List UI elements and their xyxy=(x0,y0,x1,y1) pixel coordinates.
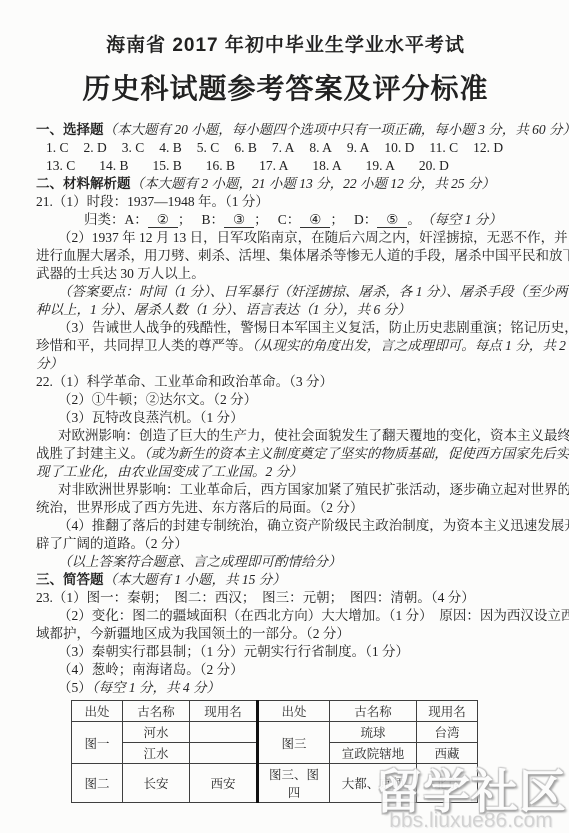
choice-answer: 5. C xyxy=(197,139,220,157)
classify-blank-d: ⑤ xyxy=(377,212,407,228)
choice-answer: 2. D xyxy=(84,139,107,157)
cell-fig3: 图三 xyxy=(258,722,330,764)
table-row: 图二 长安 西安 图三、图四 大都、京师 北京 xyxy=(72,764,478,803)
q21-answer-2-line-2: 进行血腥大屠杀，用刀劈、刺杀、活埋、集体屠杀等惨无人道的手段，屠杀中国平民和放下 xyxy=(36,247,535,265)
classify-sep: ； B： xyxy=(178,212,224,227)
classify-blank-b: ③ xyxy=(224,212,254,228)
q21-answer-2-line-1: （2）1937 年 12 月 13 日，日军攻陷南京，在随后六周之内，奸淫掳掠，… xyxy=(36,229,535,247)
watermark-site-url: bbs.liuxue86.com xyxy=(375,811,567,831)
choice-answer: 18. A xyxy=(312,157,341,175)
q21-classify-line: 归类：A：②； B：③； C：④； D：⑤。 （每空 1 分） xyxy=(36,211,535,229)
q22-answer-1: 22.（1）科学革命、工业革命和政治革命。（3 分） xyxy=(36,373,535,391)
q22-europe-impact-line-1: 对欧洲影响：创造了巨大的生产力，使社会面貌发生了翻天覆地的变化，资本主义最终 xyxy=(36,427,535,445)
q22-answer-2: （2）①牛顿；②达尔文。（2 分） xyxy=(36,391,535,409)
q21-answer-3-line-2: 珍惜和平，共同捍卫人类的尊严等。（从现实的角度出发，言之成理即可。每点 1 分，… xyxy=(36,337,535,355)
choice-answer: 14. B xyxy=(99,157,128,175)
q22-noneurope-impact-line-2: 统治，世界形成了西方先进、东方落后的局面。（2 分） xyxy=(36,499,535,517)
q22-answer-4-line-1: （4）推翻了落后的封建专制统治，确立资产阶级民主政治制度，为资本主义迅速发展开 xyxy=(36,517,535,535)
cell-xuanzheng-new: 西藏 xyxy=(417,743,478,764)
section-1-label: 一、选择题 xyxy=(36,122,104,137)
choice-answer: 8. A xyxy=(309,139,332,157)
place-names-table: 出处 古名称 现用名 出处 古名称 现用名 图一 河水 图三 琉球 台湾 江水 … xyxy=(71,700,478,803)
classify-score-note: （每空 1 分） xyxy=(428,212,502,227)
choice-answers-row-1: 1. C 2. D 3. C 4. B 5. C 6. B 7. A 8. A … xyxy=(36,139,535,157)
cell-fig2: 图二 xyxy=(72,764,123,803)
header-old-name-left: 古名称 xyxy=(123,701,190,722)
cell-changan: 长安 xyxy=(123,764,190,803)
cell-dadu-new: 北京 xyxy=(417,764,478,803)
exam-title: 海南省 2017 年初中毕业生学业水平考试 xyxy=(36,30,535,57)
choice-answer: 10. D xyxy=(384,139,414,157)
choice-answers-row-2: 13. C 14. B 15. B 16. B 17. A 18. A 19. … xyxy=(36,157,535,175)
section-2-heading: 二、材料解析题（本大题有 2 小题，21 小题 13 分，22 小题 12 分，… xyxy=(36,175,535,193)
q23-answer-2-line-1: （2）变化：图二的疆域面积（在西北方向）大大增加。（1 分） 原因：因为西汉设立… xyxy=(36,607,535,625)
q21-answer-3-text: 珍惜和平，共同捍卫人类的尊严等。 xyxy=(36,338,252,353)
q23-answer-3: （3）秦朝实行郡县制；（1 分）元朝实行行省制度。（1 分） xyxy=(36,643,535,661)
q23-answer-2-line-2: 域都护，今新疆地区成为我国领土的一部分。（2 分） xyxy=(36,625,535,643)
q21-answer-3-note: （从现实的角度出发，言之成理即可。每点 1 分，共 2 xyxy=(252,338,566,353)
q22-europe-impact-line-3: 现了工业化，由农业国变成了工业国。2 分） xyxy=(36,463,535,481)
q23-answer-1: 23.（1）图一：秦朝； 图二：西汉； 图三：元朝； 图四：清朝。（4 分） xyxy=(36,589,535,607)
header-new-name-right: 现用名 xyxy=(417,701,478,722)
q22-grading-note: （以上答案符合题意、言之成理即可酌情给分） xyxy=(36,553,535,571)
q22-europe-impact-line-2: 战胜了封建主义。（或为新生的资本主义制度奠定了坚实的物质基础，促使西方国家先后实 xyxy=(36,445,535,463)
q21-answer-3-line-3: 分） xyxy=(36,355,535,373)
q22-europe-impact-note: （或为新生的资本主义制度奠定了坚实的物质基础，促使西方国家先后实 xyxy=(144,446,569,461)
table-header-row: 出处 古名称 现用名 出处 古名称 现用名 xyxy=(72,701,478,722)
answer-sheet-page: 海南省 2017 年初中毕业生学业水平考试 历史科试题参考答案及评分标准 一、选… xyxy=(0,0,569,833)
cell-fig34: 图三、图四 xyxy=(258,764,330,803)
cell-liuqiu-new: 台湾 xyxy=(417,722,478,743)
choice-answer: 7. A xyxy=(272,139,295,157)
page-title: 历史科试题参考答案及评分标准 xyxy=(36,67,535,107)
cell-fig1: 图一 xyxy=(72,722,123,764)
choice-answer: 4. B xyxy=(159,139,182,157)
classify-prefix: 归类：A： xyxy=(84,212,148,227)
choice-answer: 15. B xyxy=(153,157,182,175)
q23-answer-5-note: （每空 1 分，共 4 分） xyxy=(92,680,220,695)
section-3-label: 三、简答题 xyxy=(36,572,104,587)
cell-jiang-old: 江水 xyxy=(123,743,190,764)
q23-answer-5-number: （5） xyxy=(58,680,92,695)
header-old-name-right: 古名称 xyxy=(330,701,417,722)
q22-answer-4-line-2: 辟了广阔的道路。（2 分） xyxy=(36,535,535,553)
choice-answer: 19. A xyxy=(366,157,395,175)
cell-dadu-old: 大都、京师 xyxy=(330,764,417,803)
header-source-left: 出处 xyxy=(72,701,123,722)
section-3-note: （本大题有 1 小题，共 15 分） xyxy=(104,572,286,587)
q23-answer-4: （4）葱岭；南海诸岛。（2 分） xyxy=(36,661,535,679)
table-row: 图一 河水 图三 琉球 台湾 xyxy=(72,722,478,743)
section-1-heading: 一、选择题（本大题有 20 小题，每小题四个选项中只有一项正确，每小题 3 分，… xyxy=(36,121,535,139)
section-2-note: （本大题有 2 小题，21 小题 13 分，22 小题 12 分，共 25 分） xyxy=(131,176,496,191)
q21-answer-3-line-1: （3）告诫世人战争的残酷性，警惕日本军国主义复活，防止历史悲剧重演；铭记历史， xyxy=(36,319,535,337)
cell-jiang-new xyxy=(190,743,258,764)
choice-answer: 1. C xyxy=(46,139,69,157)
header-new-name-left: 现用名 xyxy=(190,701,258,722)
q21-scoring-points-line-2: 种以上，1 分）、屠杀人数（1 分）、语言表达（1 分），共 6 分） xyxy=(36,301,535,319)
choice-answer: 16. B xyxy=(206,157,235,175)
q21-answer-1: 21.（1）时段：1937—1948 年。（1 分） xyxy=(36,193,535,211)
header-source-right: 出处 xyxy=(258,701,330,722)
cell-river-old: 河水 xyxy=(123,722,190,743)
classify-period: 。 xyxy=(407,212,427,227)
classify-blank-a: ② xyxy=(148,212,178,228)
section-2-label: 二、材料解析题 xyxy=(36,176,131,191)
q23-answer-5-intro: （5）（每空 1 分，共 4 分） xyxy=(36,679,535,697)
q21-scoring-points-line-1: （答案要点：时间（1 分）、日军暴行（奸淫掳掠、屠杀，各 1 分）、屠杀手段（至… xyxy=(36,283,535,301)
cell-xuanzheng-old: 宣政院辖地 xyxy=(330,743,417,764)
cell-river-new xyxy=(190,722,258,743)
section-3-heading: 三、简答题（本大题有 1 小题，共 15 分） xyxy=(36,571,535,589)
choice-answer: 11. C xyxy=(429,139,458,157)
classify-sep: ； C： xyxy=(254,212,300,227)
q22-answer-3: （3）瓦特改良蒸汽机。（1 分） xyxy=(36,409,535,427)
choice-answer: 3. C xyxy=(122,139,145,157)
cell-xian: 西安 xyxy=(190,764,258,803)
choice-answer: 9. A xyxy=(347,139,370,157)
section-1-note: （本大题有 20 小题，每小题四个选项中只有一项正确，每小题 3 分，共 60 … xyxy=(104,122,569,137)
q22-europe-impact-text: 战胜了封建主义。 xyxy=(36,446,144,461)
cell-liuqiu-old: 琉球 xyxy=(330,722,417,743)
q22-noneurope-impact-line-1: 对非欧洲世界影响：工业革命后，西方国家加紧了殖民扩张活动，逐步确立起对世界的 xyxy=(36,481,535,499)
classify-sep: ； D： xyxy=(330,212,377,227)
q21-answer-2-line-3: 武器的士兵达 30 万人以上。 xyxy=(36,265,535,283)
classify-blank-c: ④ xyxy=(300,212,330,228)
choice-answer: 12. D xyxy=(473,139,503,157)
choice-answer: 17. A xyxy=(259,157,288,175)
choice-answer: 6. B xyxy=(234,139,257,157)
choice-answer: 20. D xyxy=(419,157,449,175)
choice-answer: 13. C xyxy=(46,157,75,175)
